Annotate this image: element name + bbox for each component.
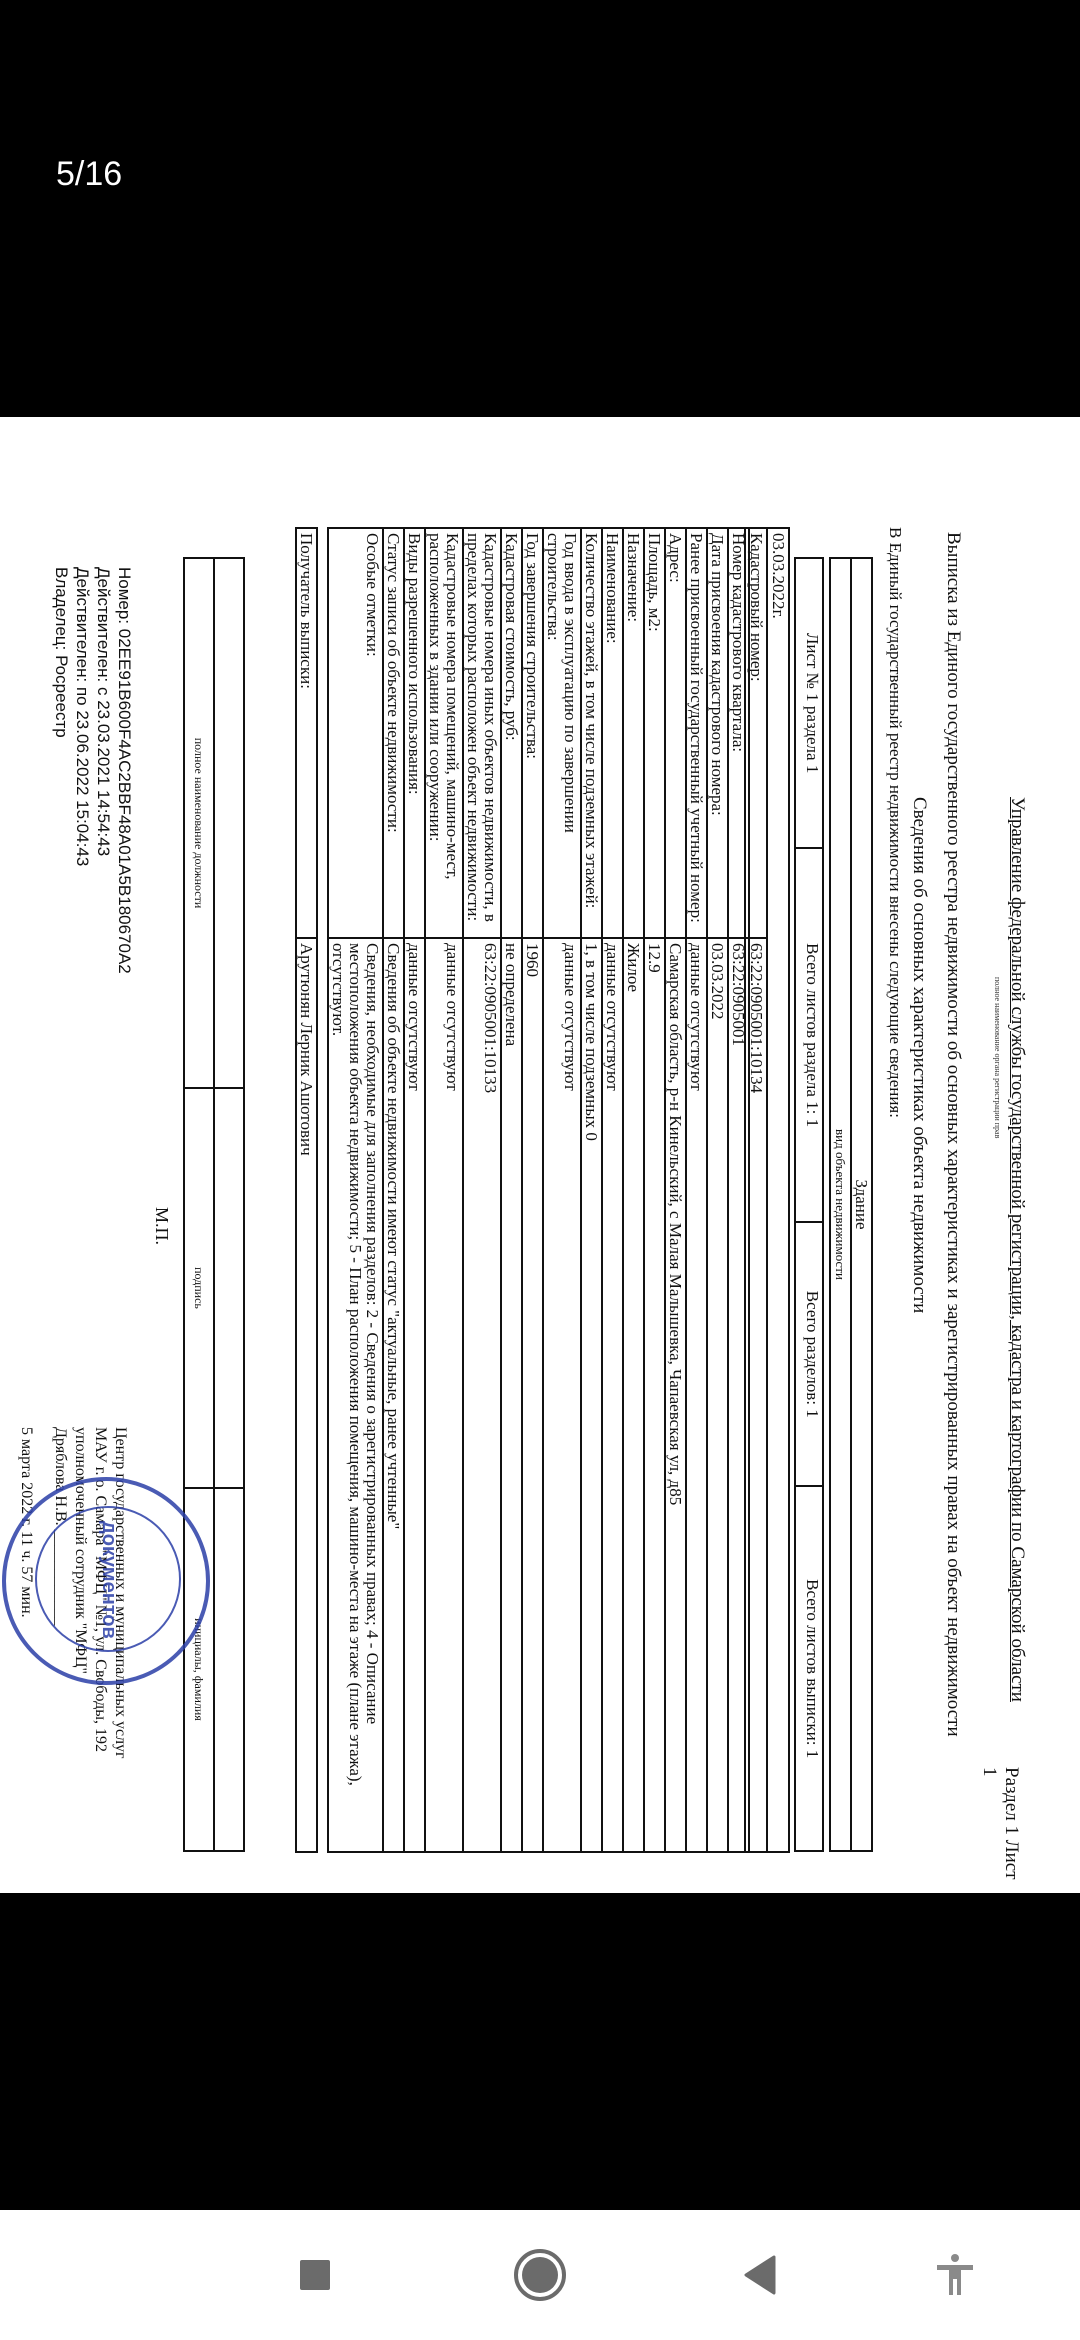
document-page[interactable]: Управление федеральной службы государств… (0, 417, 1080, 1893)
table-row: Ранее присвоенный государственный учетны… (686, 528, 707, 1852)
section-page-label: Раздел 1 Лист 1 (978, 1767, 1022, 1893)
signature-caption: подпись (184, 1088, 214, 1488)
row-value: данные отсутствуют (686, 938, 707, 1852)
table-row: Назначение:Жилое (623, 528, 644, 1852)
position-caption: полное наименование должности (184, 558, 214, 1088)
table-row: Дата присвоения кадастрового номера:03.0… (707, 528, 728, 1852)
home-button[interactable] (505, 2240, 575, 2310)
table-row: Виды разрешенного использования:данные о… (404, 528, 425, 1852)
row-label: Виды разрешенного использования: (404, 528, 425, 938)
rotated-document: Управление федеральной службы государств… (0, 417, 1080, 1893)
row-value: 03.03.2022 (707, 938, 728, 1852)
row-value: 63:22:0905001 (728, 938, 749, 1852)
recipient-label: Получатель выписки: (296, 528, 317, 938)
row-value: 1, в том числе подземных 0 (581, 938, 602, 1852)
table-row: Особые отметки:Сведения, необходимые для… (328, 528, 383, 1852)
certificate-info: Номер: 02EE91B600F4AC2BBF48A01A5B180670A… (51, 567, 135, 974)
recents-icon (298, 2258, 332, 2292)
object-type-caption: вид объекта недвижимости (830, 558, 851, 1851)
seal-mark: М.П. (151, 1207, 172, 1245)
certificate-valid-to: Действителен: по 23.06.2022 15:04:43 (72, 567, 93, 974)
row-value: Жилое (623, 938, 644, 1852)
table-row: Год ввода в эксплуатацию по завершении с… (543, 528, 581, 1852)
row-label: Наименование: (602, 528, 623, 938)
agency-caption: полное наименование органа регистрации п… (993, 977, 1002, 1138)
row-label: Кадастровые номера иных объектов недвижи… (463, 528, 501, 938)
navigation-bar (0, 2210, 1080, 2340)
row-value: данные отсутствуют (404, 938, 425, 1852)
table-row: Кадастровая стоимость, руб:не определена (501, 528, 522, 1852)
row-label: Год завершения строительства: (522, 528, 543, 938)
table-row: Номер кадастрового квартала:63:22:090500… (728, 528, 749, 1852)
row-value: 1960 (522, 938, 543, 1852)
sheet-number: Лист № 1 раздела 1 (795, 558, 823, 848)
row-label: Статус записи об объекте недвижимости: (383, 528, 404, 938)
row-label: Год ввода в эксплуатацию по завершении с… (543, 528, 581, 938)
table-row: Кадастровые номера помещений, машино-мес… (425, 528, 463, 1852)
row-value: данные отсутствуют (543, 938, 581, 1852)
row-label: Дата присвоения кадастрового номера: (707, 528, 728, 938)
table-row: Адрес:Самарская область, р-н Кинельский,… (665, 528, 686, 1852)
row-label: Адрес: (665, 528, 686, 938)
total-sections: Всего разделов: 1 (795, 1222, 823, 1486)
certificate-valid-from: Действителен: с 23.03.2021 14:54:43 (93, 567, 114, 974)
row-label: Особые отметки: (328, 528, 383, 938)
extract-date: 03.03.2022г. (767, 528, 789, 1852)
certificate-number: Номер: 02EE91B600F4AC2BBF48A01A5B180670A… (114, 567, 135, 974)
accessibility-button[interactable] (920, 2240, 990, 2310)
total-sheets-section: Всего листов раздела 1: 1 (795, 848, 823, 1222)
object-type: Здание (851, 558, 872, 1851)
row-value: 12.9 (644, 938, 665, 1852)
document-title: Выписка из Единого государственного реес… (942, 532, 964, 1737)
back-icon (742, 2255, 778, 2295)
row-value: Самарская область, р-н Кинельский, с Мал… (665, 938, 686, 1852)
stamp-word: документов (97, 1521, 120, 1639)
table-row: Год завершения строительства:1960 (522, 528, 543, 1852)
row-label: Количество этажей, в том числе подземных… (581, 528, 602, 938)
row-label: Назначение: (623, 528, 644, 938)
official-stamp: документов (2, 1477, 210, 1685)
signature-table: полное наименование должности подпись ин… (183, 557, 245, 1852)
characteristics-table: Номер кадастрового квартала:63:22:090500… (327, 527, 750, 1853)
object-type-table: Здание вид объекта недвижимости (829, 557, 873, 1852)
row-label: Кадастровые номера помещений, машино-мес… (425, 528, 463, 938)
certificate-owner: Владелец: Росреестр (51, 567, 72, 974)
intro-text: В Единый государственный реестр недвижим… (885, 527, 905, 1118)
page-counter: 5/16 (56, 155, 122, 194)
recipient-table: Получатель выписки: Арутюнян Лерник Ашот… (295, 527, 318, 1853)
sheet-info-table: Лист № 1 раздела 1 Всего листов раздела … (794, 557, 824, 1852)
document-subtitle: Сведения об основных характеристиках объ… (908, 797, 930, 1313)
row-value: Сведения об объекте недвижимости имеют с… (383, 938, 404, 1852)
accessibility-icon (935, 2253, 975, 2297)
back-button[interactable] (725, 2240, 795, 2310)
row-label: Ранее присвоенный государственный учетны… (686, 528, 707, 938)
table-row: Количество этажей, в том числе подземных… (581, 528, 602, 1852)
recents-button[interactable] (280, 2240, 350, 2310)
table-row: Площадь, м2:12.9 (644, 528, 665, 1852)
table-row: Кадастровые номера иных объектов недвижи… (463, 528, 501, 1852)
home-icon (513, 2248, 567, 2302)
row-value: данные отсутствуют (602, 938, 623, 1852)
row-value: не определена (501, 938, 522, 1852)
recipient-value: Арутюнян Лерник Ашотович (296, 938, 317, 1852)
row-label: Кадастровая стоимость, руб: (501, 528, 522, 938)
total-sheets-extract: Всего листов выписки: 1 (795, 1486, 823, 1851)
agency-name: Управление федеральной службы государств… (1006, 797, 1028, 1702)
date-cadastral-table: 03.03.2022г. Кадастровый номер: 63:22:09… (744, 527, 790, 1853)
row-label: Площадь, м2: (644, 528, 665, 938)
row-value: Сведения, необходимые для заполнения раз… (328, 938, 383, 1852)
table-row: Наименование:данные отсутствуют (602, 528, 623, 1852)
row-value: 63:22:0905001:10133 (463, 938, 501, 1852)
row-label: Номер кадастрового квартала: (728, 528, 749, 938)
row-value: данные отсутствуют (425, 938, 463, 1852)
table-row: Статус записи об объекте недвижимости:Св… (383, 528, 404, 1852)
